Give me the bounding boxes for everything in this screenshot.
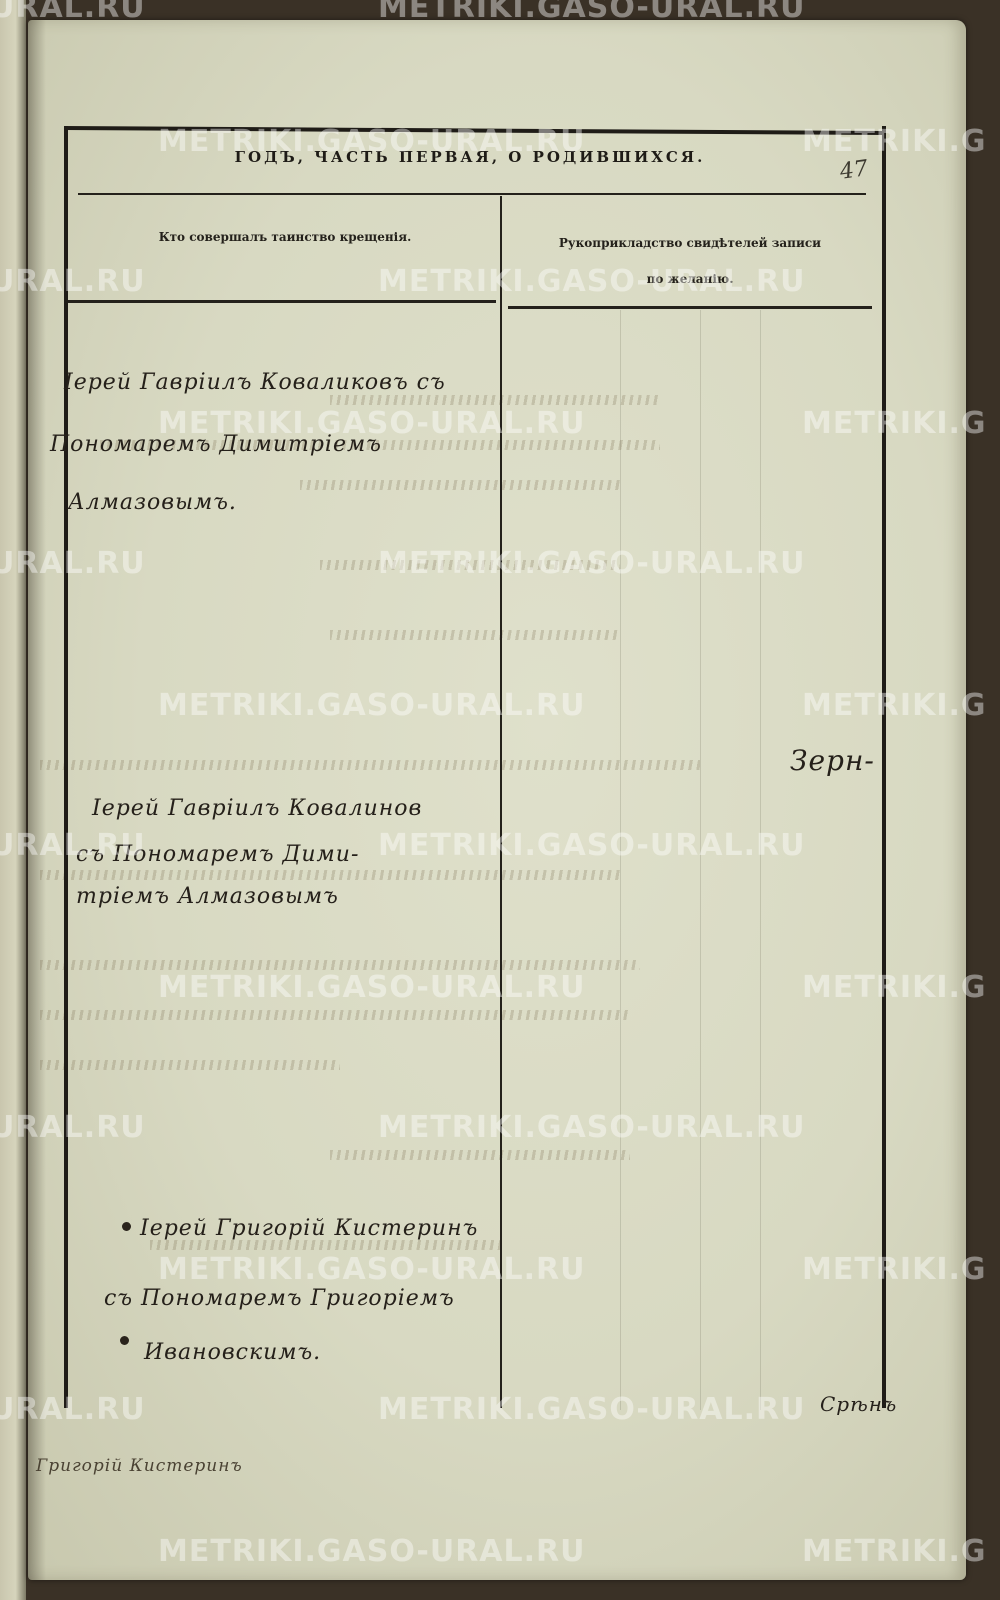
column-separator [500,196,502,1408]
entry-2-line-2: съ Пономаремъ Дими- [76,842,359,867]
header-divider [78,193,866,195]
entry-1-line-2: Пономаремъ Димитріемъ [50,432,382,457]
column-header-divider-left [68,300,496,303]
column-header-baptized-by: Кто совершалъ таинство крещенія. [80,230,490,244]
column-header-divider-right [508,306,872,309]
entry-2-line-3: тріемъ Алмазовымъ [76,884,339,909]
entry-1-line-1: Іерей Гавріилъ Коваликовъ съ [64,370,446,395]
binding-shadow [28,20,46,1580]
entry-3-line-1: Іерей Григорій Кистеринъ [140,1216,478,1241]
footer-signature: Григорій Кистеринъ [36,1456,243,1476]
entry-3-line-2: съ Пономаремъ Григоріемъ [104,1286,455,1311]
page-number: 47 [838,156,869,185]
column-header-witness-signatures-line2: по желанію. [510,272,870,286]
page-title: ГОДЪ, ЧАСТЬ ПЕРВАЯ, О РОДИВШИХСЯ. [70,148,870,166]
ink-blot [120,1336,129,1345]
left-facing-page-edge [0,0,26,1600]
entry-3-line-3: Ивановскимъ. [144,1340,321,1365]
witness-signature-1: Зерн- [790,744,875,777]
witness-signature-2: Срѣнъ [820,1392,897,1416]
ink-blot [122,1222,131,1231]
column-header-witness-signatures: Рукоприкладство свидѣтелей записи [510,236,870,250]
entry-1-line-3: Алмазовымъ. [68,490,237,515]
entry-2-line-1: Іерей Гавріилъ Ковалинов [92,796,422,821]
